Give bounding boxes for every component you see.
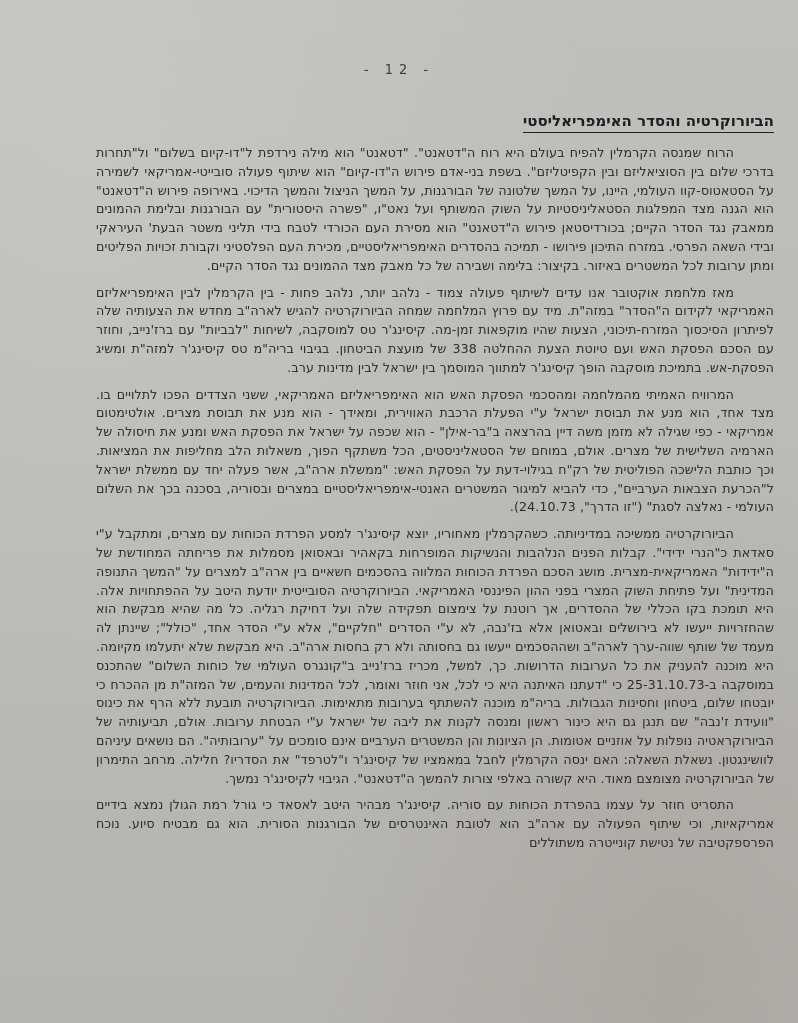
article-title: הביורוקרטיה והסדר האימפריאליסטי	[96, 112, 774, 130]
page-number: - 12 -	[0, 63, 798, 78]
article-title-text: הביורוקרטיה והסדר האימפריאליסטי	[523, 112, 774, 133]
paragraph-bureaucracy-policy: הביורוקרטיה ממשיכה במדיניותה. כשהקרמלין …	[96, 525, 774, 788]
paragraph-detente: הרוח שמנסה הקרמלין להפיח בעולם היא רוח ה…	[96, 144, 774, 276]
paragraph-syria: התסריט חוזר על עצמו בהפרדת הכוחות עם סור…	[96, 796, 774, 852]
article: הביורוקרטיה והסדר האימפריאליסטי הרוח שמנ…	[96, 112, 774, 861]
paragraph-american-imperialism: המרוויח האמיתי מהמלחמה ומהסכמי הפסקת האש…	[96, 386, 774, 518]
paragraph-october-war: מאז מלחמת אוקטובר אנו עדים לשיתוף פעולה …	[96, 284, 774, 378]
